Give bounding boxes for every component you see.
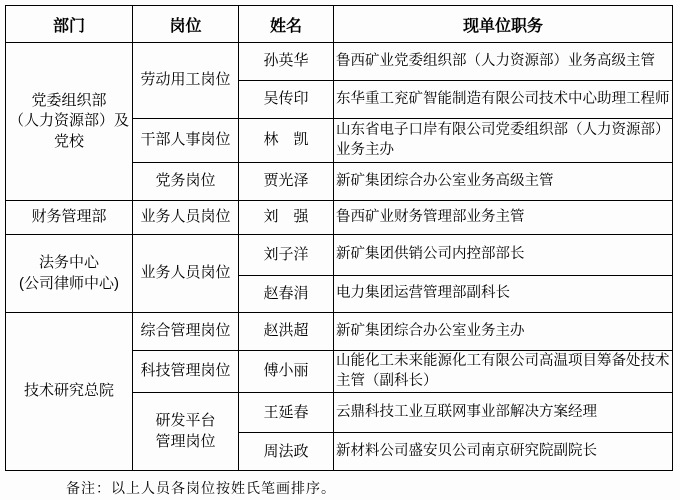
col-header-title: 现单位职务 xyxy=(334,6,673,43)
name-cell: 傅小丽 xyxy=(239,351,334,393)
dept-cell-research: 技术研究总院 xyxy=(6,313,133,471)
table-header-row: 部门 岗位 姓名 现单位职务 xyxy=(6,6,673,43)
name-cell: 赵洪超 xyxy=(239,313,334,351)
post-cell-tech-mgmt: 科技管理岗位 xyxy=(133,351,239,393)
post-cell-labor: 劳动用工岗位 xyxy=(133,43,239,119)
table-row: 技术研究总院 综合管理岗位 赵洪超 新矿集团综合办公室业务主办 xyxy=(6,313,673,351)
footer-note: 备注：以上人员各岗位按姓氏笔画排序。 xyxy=(66,478,336,498)
name-cell: 周法政 xyxy=(239,433,334,471)
post-cell-cadre: 干部人事岗位 xyxy=(133,119,239,163)
name-cell: 孙英华 xyxy=(239,43,334,81)
name-cell: 王延春 xyxy=(239,393,334,433)
position-roster-table: 部门 岗位 姓名 现单位职务 党委组织部 （人力资源部）及 党校 劳动用工岗位 … xyxy=(5,5,673,471)
title-cell: 新材料公司盛安贝公司南京研究院副院长 xyxy=(334,433,673,471)
title-cell: 云鼎科技工业互联网事业部解决方案经理 xyxy=(334,393,673,433)
dept-cell-org: 党委组织部 （人力资源部）及 党校 xyxy=(6,43,133,201)
table-row: 党委组织部 （人力资源部）及 党校 劳动用工岗位 孙英华 鲁西矿业党委组织部（人… xyxy=(6,43,673,81)
post-cell-business-2: 业务人员岗位 xyxy=(133,235,239,313)
title-cell: 山能化工未来能源化工有限公司高温项目筹备处技术主管（副科长） xyxy=(334,351,673,393)
name-cell: 吴传印 xyxy=(239,81,334,119)
post-cell-general-mgmt: 综合管理岗位 xyxy=(133,313,239,351)
post-cell-business-1: 业务人员岗位 xyxy=(133,201,239,235)
post-cell-rd-platform: 研发平台 管理岗位 xyxy=(133,393,239,471)
title-cell: 新矿集团综合办公室业务主办 xyxy=(334,313,673,351)
title-cell: 电力集团运营管理部副科长 xyxy=(334,276,673,313)
title-cell: 鲁西矿业财务管理部业务主管 xyxy=(334,201,673,235)
post-cell-party: 党务岗位 xyxy=(133,163,239,201)
title-cell: 鲁西矿业党委组织部（人力资源部）业务高级主管 xyxy=(334,43,673,81)
title-cell: 山东省电子口岸有限公司党委组织部（人力资源部）业务主办 xyxy=(334,119,673,163)
table-row: 财务管理部 业务人员岗位 刘 强 鲁西矿业财务管理部业务主管 xyxy=(6,201,673,235)
table-row: 法务中心 (公司律师中心) 业务人员岗位 刘子洋 新矿集团供销公司内控部部长 xyxy=(6,235,673,276)
title-cell: 新矿集团综合办公室业务高级主管 xyxy=(334,163,673,201)
name-cell: 赵春涓 xyxy=(239,276,334,313)
name-cell: 林 凯 xyxy=(239,119,334,163)
col-header-name: 姓名 xyxy=(239,6,334,43)
document-page: 部门 岗位 姓名 现单位职务 党委组织部 （人力资源部）及 党校 劳动用工岗位 … xyxy=(0,0,680,500)
name-cell: 刘子洋 xyxy=(239,235,334,276)
col-header-post: 岗位 xyxy=(133,6,239,43)
dept-cell-finance: 财务管理部 xyxy=(6,201,133,235)
col-header-dept: 部门 xyxy=(6,6,133,43)
name-cell: 刘 强 xyxy=(239,201,334,235)
dept-cell-legal: 法务中心 (公司律师中心) xyxy=(6,235,133,313)
name-cell: 贾光泽 xyxy=(239,163,334,201)
title-cell: 新矿集团供销公司内控部部长 xyxy=(334,235,673,276)
title-cell: 东华重工兖矿智能制造有限公司技术中心助理工程师 xyxy=(334,81,673,119)
